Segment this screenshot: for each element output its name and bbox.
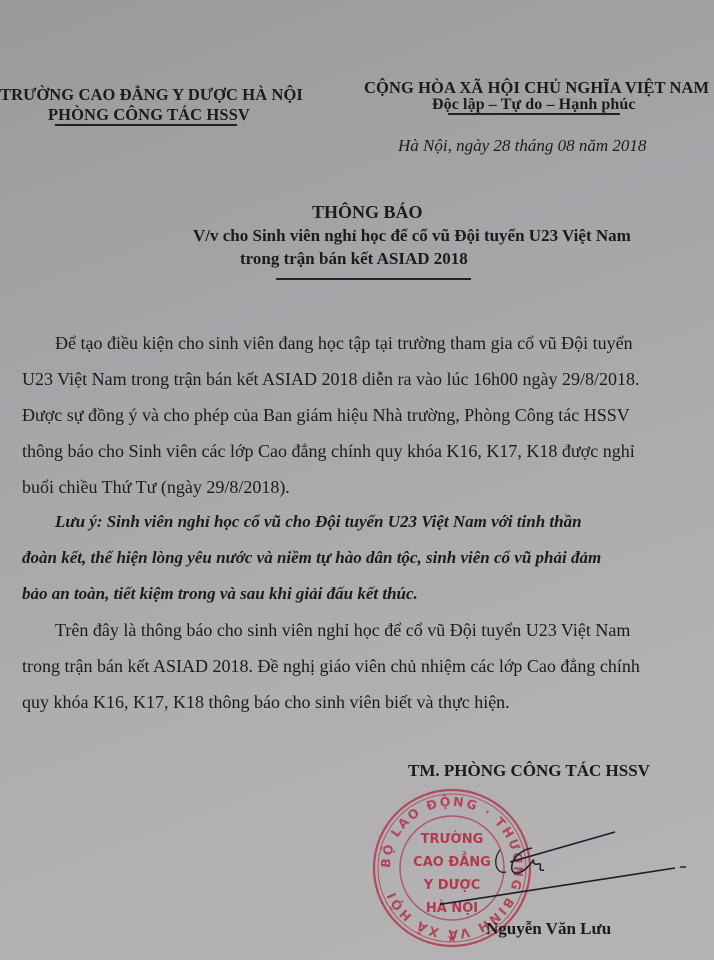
handwritten-signature-icon [440,820,710,910]
text-line: Trên đây là thông báo cho sinh viên nghỉ… [22,612,692,648]
department-underline [55,124,237,126]
paragraph-closing: Trên đây là thông báo cho sinh viên nghỉ… [22,612,692,720]
national-motto: Độc lập – Tự do – Hạnh phúc [432,96,636,114]
text-line: đoàn kết, thể hiện lòng yêu nước và niềm… [22,540,692,576]
signature-title: TM. PHÒNG CÔNG TÁC HSSV [408,761,650,781]
text-line: buổi chiều Thứ Tư (ngày 29/8/2018). [22,469,692,505]
text-line: thông báo cho Sinh viên các lớp Cao đẳng… [22,433,692,469]
text-line: U23 Việt Nam trong trận bán kết ASIAD 20… [22,361,692,397]
nation-name: CỘNG HÒA XÃ HỘI CHỦ NGHĨA VIỆT NAM [364,78,709,98]
text-line: quy khóa K16, K17, K18 thông báo cho sin… [22,684,692,720]
subject-line-2: trong trận bán kết ASIAD 2018 [240,249,468,269]
text-line: Để tạo điều kiện cho sinh viên đang học … [22,325,692,361]
text-line: bảo an toàn, tiết kiệm trong và sau khi … [22,576,692,612]
text-line: Được sự đồng ý và cho phép của Ban giám … [22,397,692,433]
stamp-star-icon: ★ [447,931,458,945]
signer-name: Nguyễn Văn Lưu [486,919,611,939]
text-line: Lưu ý: Sinh viên nghỉ học cổ vũ cho Đội … [22,504,692,540]
subject-line-1: V/v cho Sinh viên nghỉ học để cổ vũ Đội … [193,226,631,246]
title-underline [276,278,471,280]
paragraph-note: Lưu ý: Sinh viên nghỉ học cổ vũ cho Đội … [22,504,692,612]
paragraph-intro: Để tạo điều kiện cho sinh viên đang học … [22,325,692,505]
place-date: Hà Nội, ngày 28 tháng 08 năm 2018 [398,136,646,156]
text-line: trong trận bán kết ASIAD 2018. Đề nghị g… [22,648,692,684]
motto-underline [448,113,620,115]
department-name: PHÒNG CÔNG TÁC HSSV [48,105,250,125]
institution-name: TRƯỜNG CAO ĐẲNG Y DƯỢC HÀ NỘI [0,85,303,105]
document-heading: THÔNG BÁO [312,202,423,223]
